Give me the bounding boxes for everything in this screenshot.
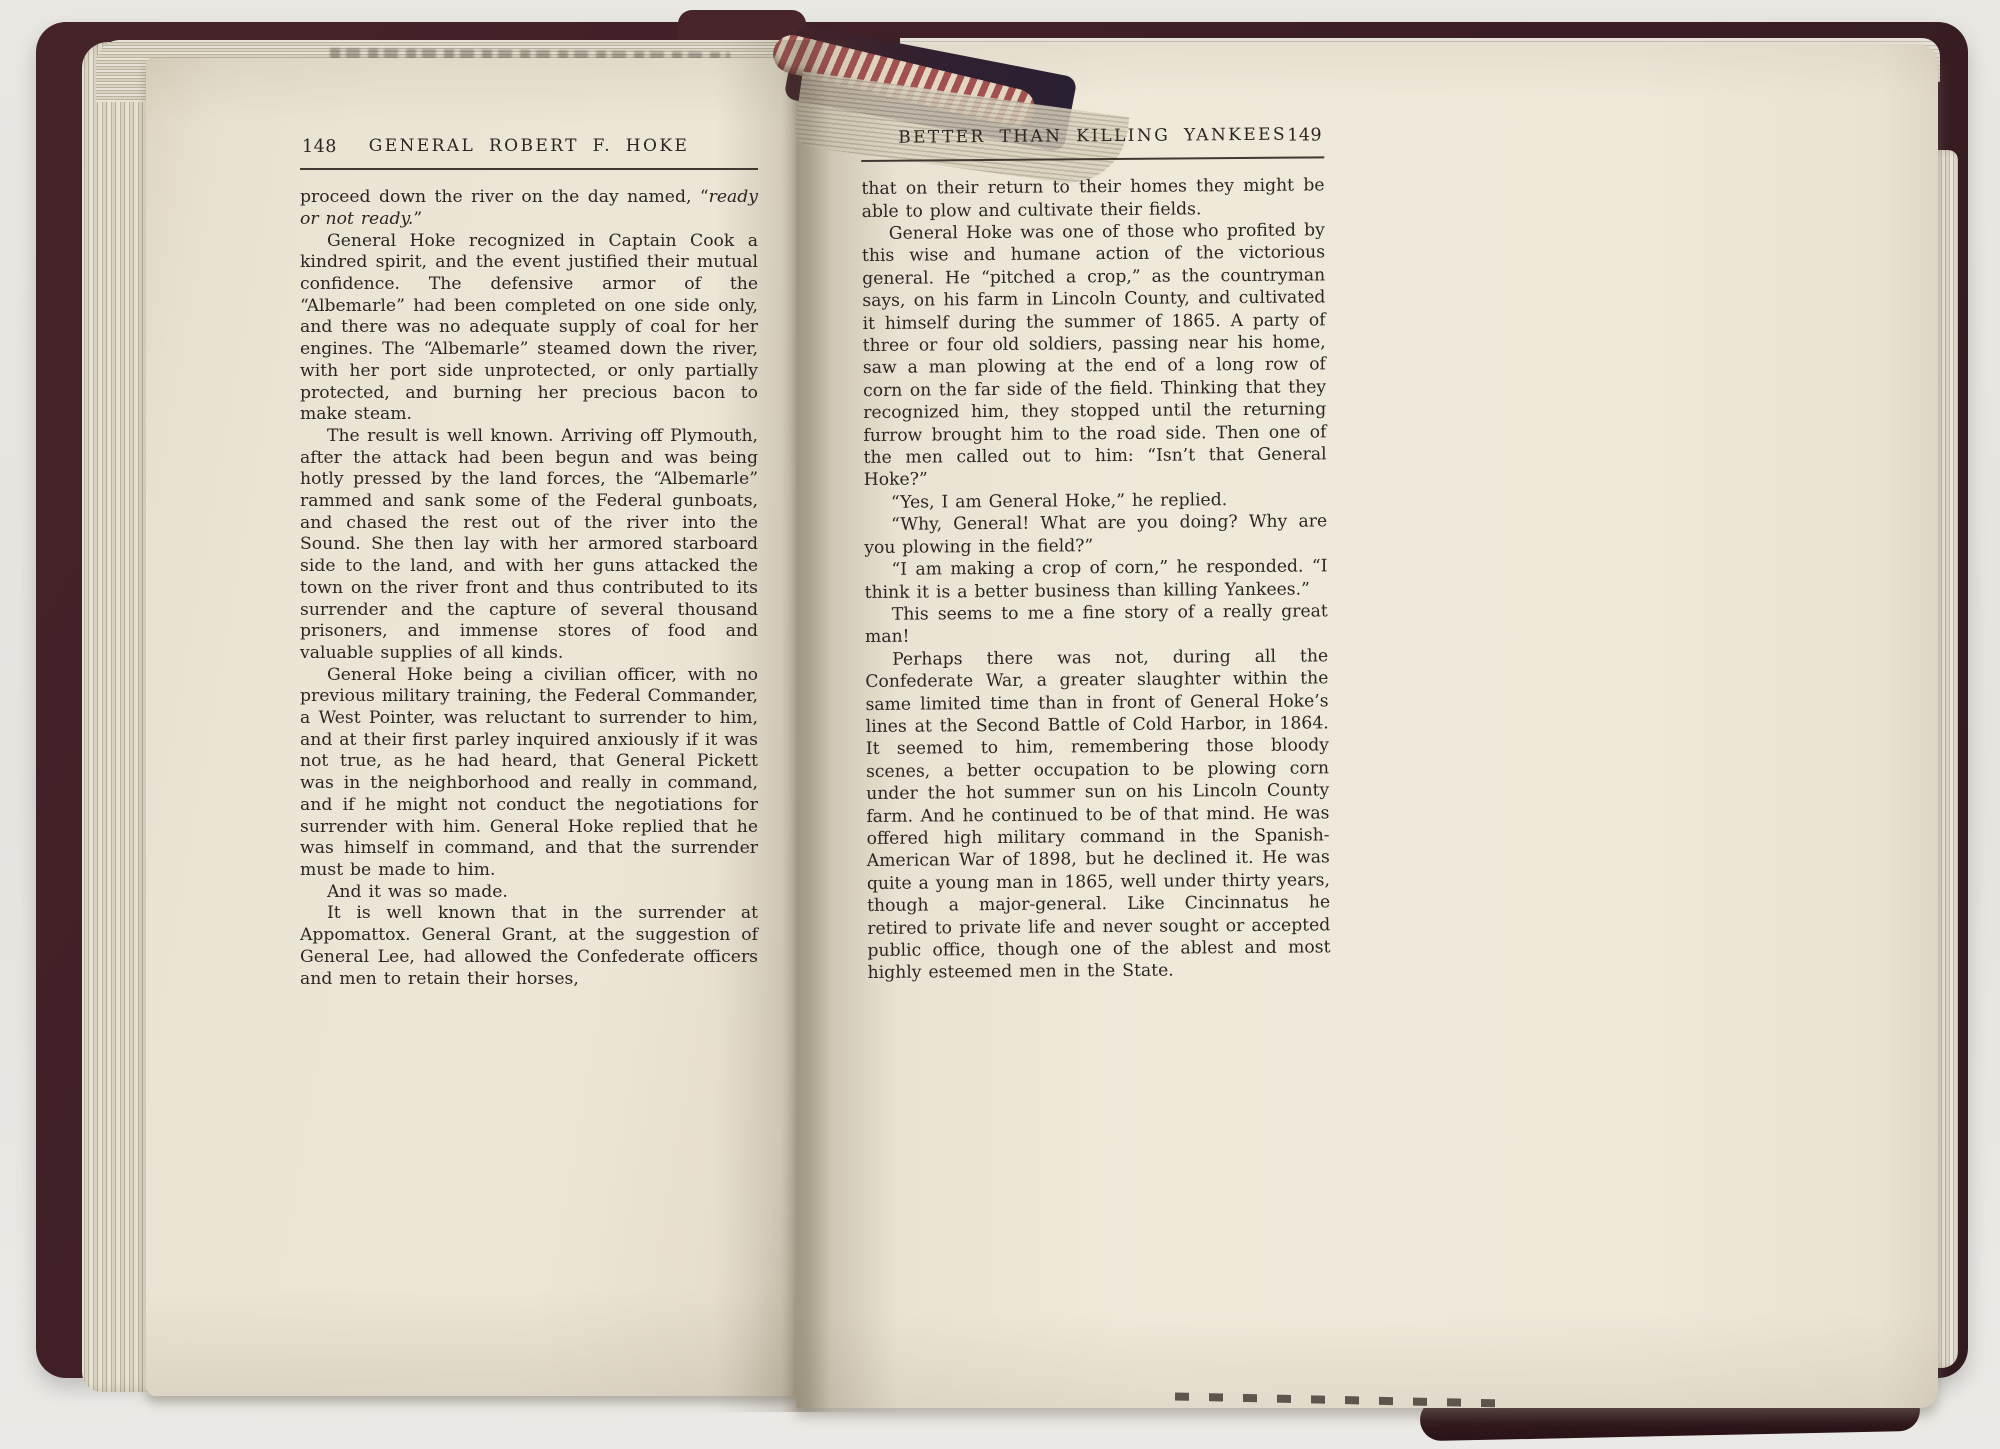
- text-run: It is well known that in the surrender a…: [300, 903, 758, 988]
- text-run: “Yes, I am General Hoke,” he replied.: [891, 490, 1227, 513]
- paragraph: that on their return to their homes they…: [861, 175, 1324, 223]
- text-run: ”: [413, 209, 422, 229]
- paragraph: Perhaps there was not, during all the Co…: [865, 645, 1331, 985]
- right-running-title: BETTER THAN KILLING YANKEES: [861, 124, 1324, 148]
- paragraph: General Hoke was one of those who profit…: [862, 219, 1327, 492]
- text-run: The result is well known. Arriving off P…: [300, 426, 758, 663]
- paragraph: This seems to me a fine story of a reall…: [865, 600, 1328, 648]
- text-run: proceed down the river on the day named,…: [300, 187, 709, 207]
- left-header-rule: [300, 168, 758, 170]
- text-run: Perhaps there was not, during all the Co…: [865, 646, 1330, 983]
- paragraph: proceed down the river on the day named,…: [300, 187, 758, 230]
- right-page-text: that on their return to their homes they…: [861, 175, 1330, 985]
- left-running-head: 148 GENERAL ROBERT F. HOKE: [300, 136, 758, 160]
- text-run: General Hoke was one of those who profit…: [862, 220, 1327, 490]
- right-page-content: BETTER THAN KILLING YANKEES 149 that on …: [861, 124, 1331, 984]
- text-run: “I am making a crop of corn,” he respond…: [865, 556, 1328, 602]
- right-header-rule: [861, 156, 1324, 162]
- paragraph: General Hoke being a civilian officer, w…: [300, 665, 758, 882]
- left-running-title: GENERAL ROBERT F. HOKE: [300, 136, 758, 156]
- left-page-content: 148 GENERAL ROBERT F. HOKE proceed down …: [300, 136, 758, 990]
- paragraph: “I am making a crop of corn,” he respond…: [864, 555, 1327, 603]
- paragraph: General Hoke recognized in Captain Cook …: [300, 231, 758, 426]
- text-run: And it was so made.: [327, 882, 508, 902]
- paragraph: It is well known that in the surrender a…: [300, 903, 758, 990]
- text-run: General Hoke recognized in Captain Cook …: [300, 231, 758, 425]
- paragraph: The result is well known. Arriving off P…: [300, 426, 758, 665]
- right-page-number: 149: [1287, 125, 1322, 145]
- text-run: This seems to me a fine story of a reall…: [865, 601, 1328, 647]
- text-run: General Hoke being a civilian officer, w…: [300, 665, 758, 880]
- text-run: that on their return to their homes they…: [861, 176, 1324, 222]
- right-running-head: BETTER THAN KILLING YANKEES 149: [861, 124, 1324, 152]
- left-page-text: proceed down the river on the day named,…: [300, 187, 758, 990]
- paragraph: “Why, General! What are you doing? Why a…: [864, 511, 1327, 559]
- book-photo: 148 GENERAL ROBERT F. HOKE proceed down …: [0, 0, 2000, 1449]
- paragraph: And it was so made.: [300, 882, 758, 904]
- text-run: “Why, General! What are you doing? Why a…: [864, 512, 1327, 558]
- left-page-number: 148: [302, 137, 337, 157]
